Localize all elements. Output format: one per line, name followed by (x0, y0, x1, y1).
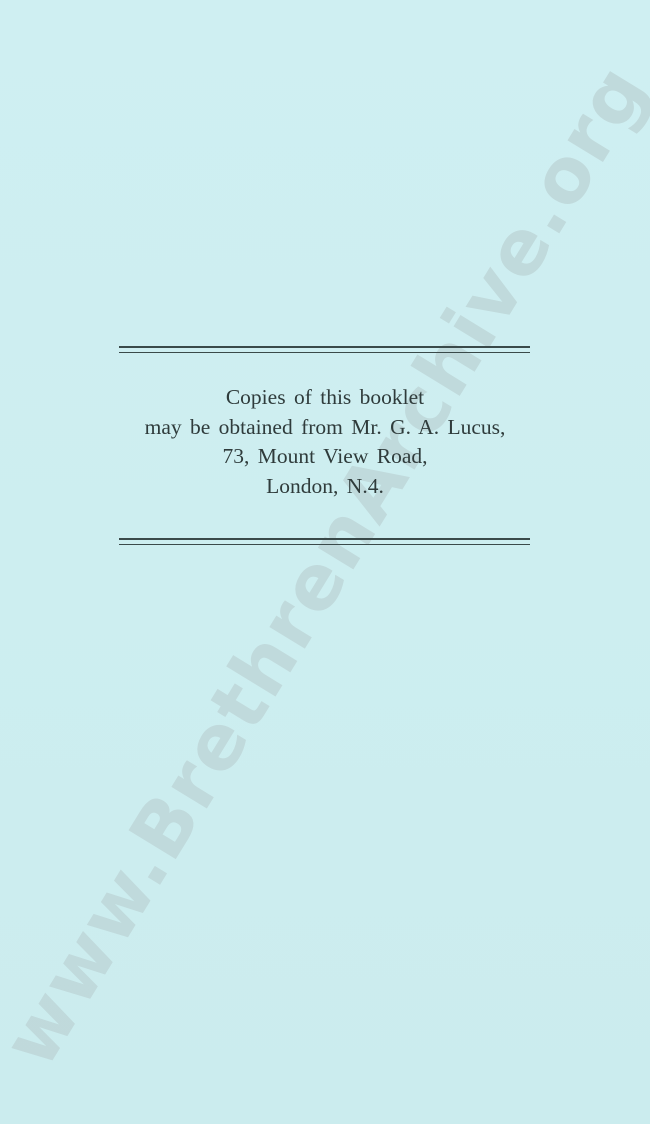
rule-line (119, 352, 530, 353)
availability-notice: Copies of this booklet may be obtained f… (100, 383, 550, 501)
rule-line (119, 544, 530, 545)
top-double-rule (119, 346, 530, 353)
rule-line (119, 346, 530, 348)
watermark-text: www.BrethrenArchive.org (0, 49, 650, 1082)
notice-line: London, N.4. (100, 472, 550, 502)
booklet-page: www.BrethrenArchive.org Copies of this b… (0, 0, 650, 1124)
rule-line (119, 538, 530, 540)
notice-line: may be obtained from Mr. G. A. Lucus, (100, 413, 550, 443)
notice-line: Copies of this booklet (100, 383, 550, 413)
bottom-double-rule (119, 538, 530, 545)
notice-line: 73, Mount View Road, (100, 442, 550, 472)
